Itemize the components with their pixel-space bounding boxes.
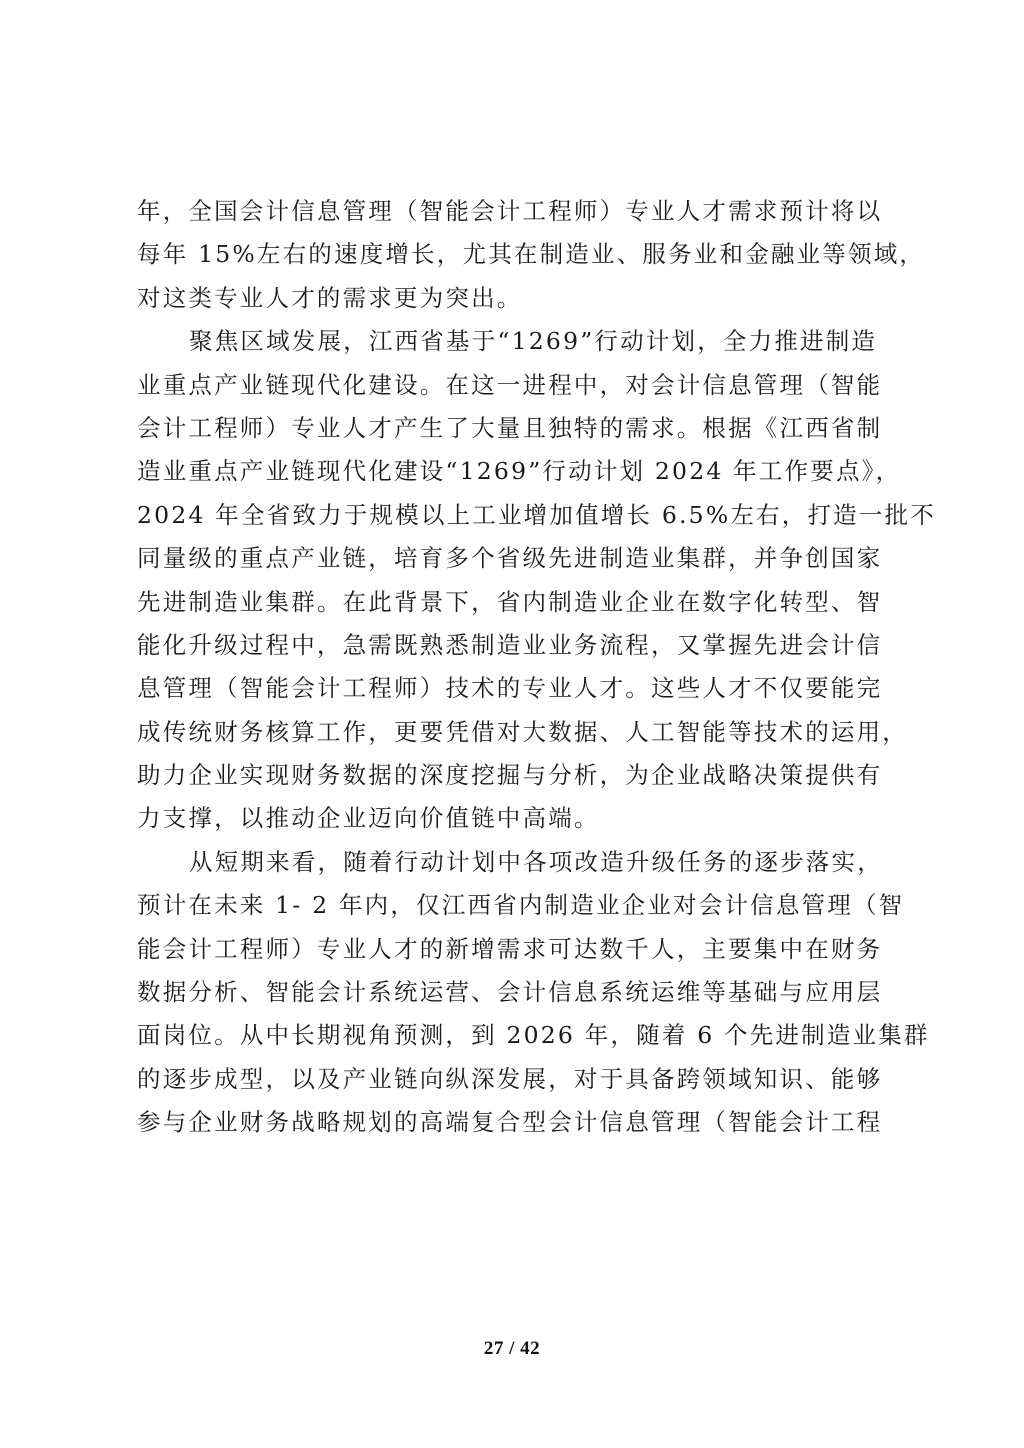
text-line: 造业重点产业链现代化建设“1269”行动计划 2024 年工作要点》， (137, 450, 893, 493)
text-line: 业重点产业链现代化建设。在这一进程中，对会计信息管理（智能 (137, 364, 893, 407)
text-line: 年，全国会计信息管理（智能会计工程师）专业人才需求预计将以 (137, 190, 893, 233)
text-line: 的逐步成型，以及产业链向纵深发展，对于具备跨领域知识、能够 (137, 1058, 893, 1101)
text-line: 成传统财务核算工作，更要凭借对大数据、人工智能等技术的运用， (137, 711, 893, 754)
text-line: 息管理（智能会计工程师）技术的专业人才。这些人才不仅要能完 (137, 667, 893, 710)
text-line: 力支撑，以推动企业迈向价值链中高端。 (137, 797, 893, 840)
text-line: 同量级的重点产业链，培育多个省级先进制造业集群，并争创国家 (137, 537, 893, 580)
document-page: 年，全国会计信息管理（智能会计工程师）专业人才需求预计将以 每年 15%左右的速… (0, 0, 1024, 1448)
text-line-paragraph-start: 从短期来看，随着行动计划中各项改造升级任务的逐步落实， (137, 841, 893, 884)
text-line: 每年 15%左右的速度增长，尤其在制造业、服务业和金融业等领域， (137, 233, 893, 276)
text-line: 助力企业实现财务数据的深度挖掘与分析，为企业战略决策提供有 (137, 754, 893, 797)
text-line: 面岗位。从中长期视角预测，到 2026 年，随着 6 个先进制造业集群 (137, 1014, 893, 1057)
text-line: 对这类专业人才的需求更为突出。 (137, 277, 893, 320)
text-line: 能化升级过程中，急需既熟悉制造业业务流程，又掌握先进会计信 (137, 624, 893, 667)
text-line: 参与企业财务战略规划的高端复合型会计信息管理（智能会计工程 (137, 1101, 893, 1144)
text-line: 预计在未来 1- 2 年内，仅江西省内制造业企业对会计信息管理（智 (137, 884, 893, 927)
body-text: 年，全国会计信息管理（智能会计工程师）专业人才需求预计将以 每年 15%左右的速… (137, 190, 893, 1145)
text-line: 会计工程师）专业人才产生了大量且独特的需求。根据《江西省制 (137, 407, 893, 450)
page-number: 27 / 42 (0, 1338, 1024, 1360)
text-line-paragraph-start: 聚焦区域发展，江西省基于“1269”行动计划，全力推进制造 (137, 320, 893, 363)
text-line: 数据分析、智能会计系统运营、会计信息系统运维等基础与应用层 (137, 971, 893, 1014)
text-line: 2024 年全省致力于规模以上工业增加值增长 6.5%左右，打造一批不 (137, 494, 893, 537)
text-line: 能会计工程师）专业人才的新增需求可达数千人，主要集中在财务 (137, 928, 893, 971)
text-line: 先进制造业集群。在此背景下，省内制造业企业在数字化转型、智 (137, 581, 893, 624)
